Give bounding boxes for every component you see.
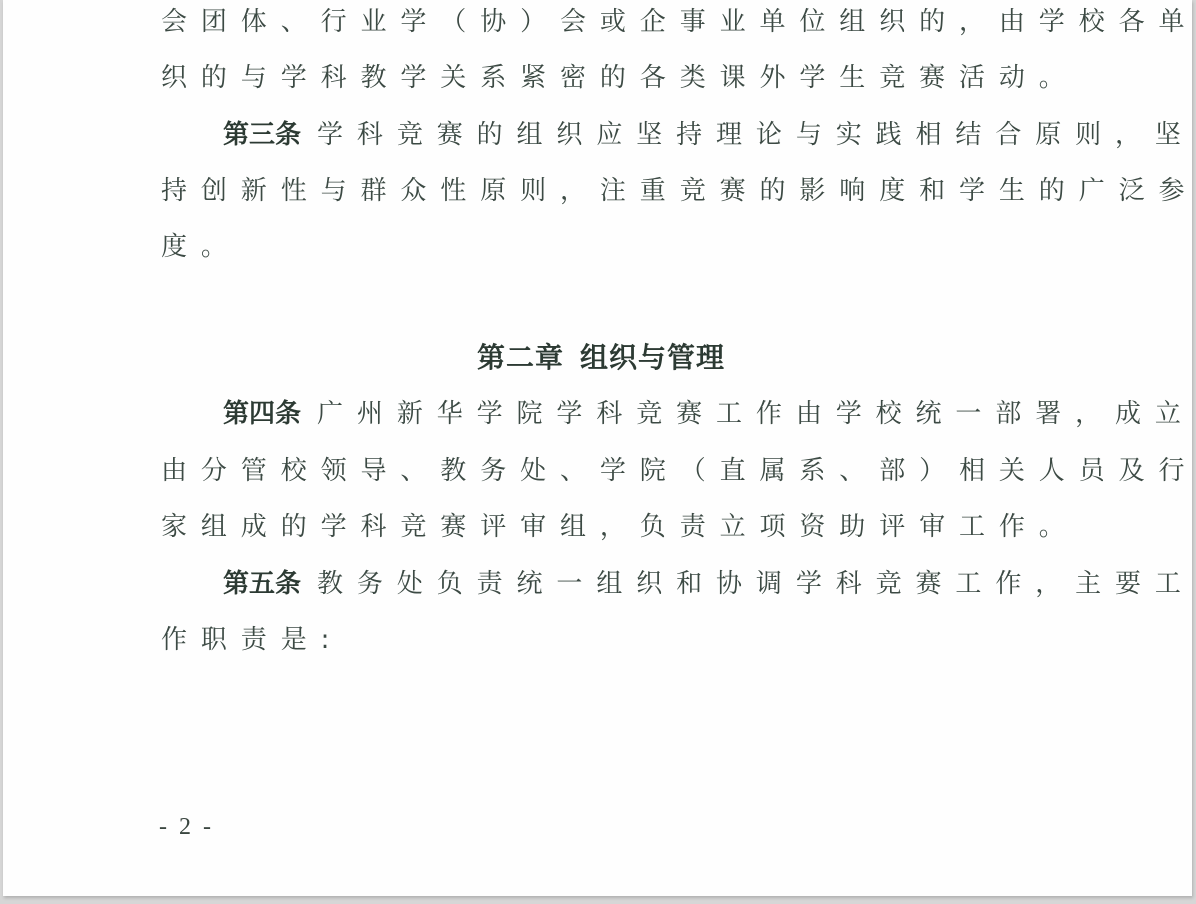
article-5-line: 第五条教务处负责统一组织和协调学科竞赛工作，主要工: [223, 564, 1043, 604]
article-label: 第四条: [223, 399, 301, 429]
article-3-line: 第三条学科竞赛的组织应坚持理论与实践相结合原则，坚: [223, 115, 1043, 155]
chapter-number: 第二章: [477, 341, 564, 374]
chapter-heading: 第二章组织与管理: [3, 338, 1196, 378]
page-number: - 2 -: [159, 814, 214, 841]
text-line: 家组成的学科竞赛评审组，负责立项资助评审工作。: [161, 507, 1041, 547]
text-line: 会团体、行业学（协）会或企事业单位组织的，由学校各单位组: [161, 2, 1041, 42]
text-line: 作职责是:: [161, 620, 1041, 660]
text-line: 持创新性与群众性原则，注重竞赛的影响度和学生的广泛参与: [161, 171, 1041, 211]
text-line: 度。: [161, 227, 1041, 267]
article-4-line: 第四条广州新华学院学科竞赛工作由学校统一部署，成立: [223, 394, 1043, 434]
article-label: 第三条: [223, 120, 301, 150]
text-segment: 广州新华学院学科竞赛工作由学校统一部署，成立: [317, 399, 1195, 429]
document-page: 会团体、行业学（协）会或企事业单位组织的，由学校各单位组 织的与学科教学关系紧密…: [3, 0, 1192, 896]
text-segment: 学科竞赛的组织应坚持理论与实践相结合原则，坚: [317, 120, 1195, 150]
text-line: 织的与学科教学关系紧密的各类课外学生竞赛活动。: [161, 58, 1041, 98]
article-label: 第五条: [223, 569, 301, 599]
text-line: 由分管校领导、教务处、学院（直属系、部）相关人员及行业专: [161, 451, 1041, 491]
chapter-title: 组织与管理: [580, 341, 725, 374]
text-segment: 教务处负责统一组织和协调学科竞赛工作，主要工: [317, 569, 1195, 599]
